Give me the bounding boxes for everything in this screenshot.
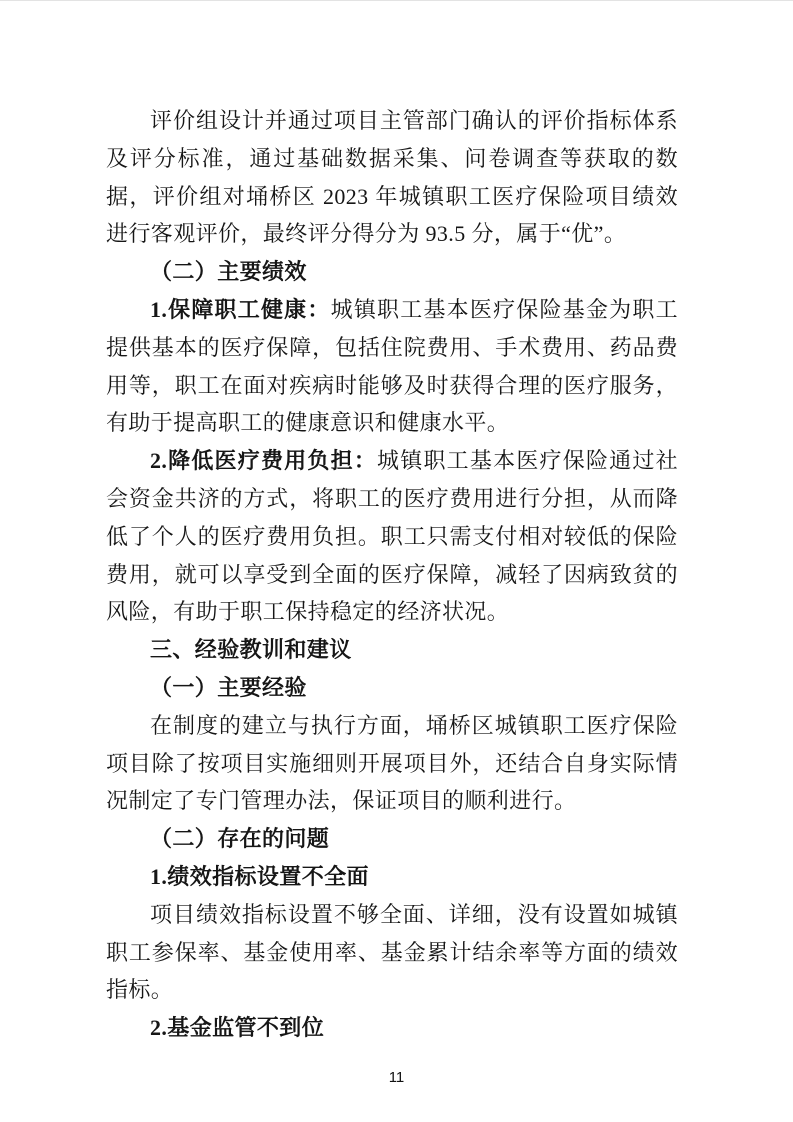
heading-problem-1: 1.绩效指标设置不全面 bbox=[106, 858, 678, 896]
paragraph-benefit-2: 2.降低医疗费用负担：城镇职工基本医疗保险通过社会资金共济的方式，将职工的医疗费… bbox=[106, 442, 678, 631]
heading-chapter-lessons: 三、经验教训和建议 bbox=[106, 631, 678, 669]
paragraph-evaluation-summary: 评价组设计并通过项目主管部门确认的评价指标体系及评分标准，通过基础数据采集、问卷… bbox=[106, 102, 678, 253]
heading-main-performance: （二）主要绩效 bbox=[106, 253, 678, 291]
document-page: 评价组设计并通过项目主管部门确认的评价指标体系及评分标准，通过基础数据采集、问卷… bbox=[0, 0, 793, 1122]
heading-problem-2: 2.基金监管不到位 bbox=[106, 1009, 678, 1047]
page-number: 11 bbox=[0, 1067, 793, 1089]
benefit-1-lead: 1.保障职工健康： bbox=[150, 297, 331, 322]
benefit-2-text: 城镇职工基本医疗保险通过社会资金共济的方式，将职工的医疗费用进行分担，从而降低了… bbox=[106, 448, 678, 624]
heading-main-experience: （一）主要经验 bbox=[106, 669, 678, 707]
heading-existing-problems: （二）存在的问题 bbox=[106, 820, 678, 858]
benefit-2-lead: 2.降低医疗费用负担： bbox=[150, 448, 377, 473]
document-content: 评价组设计并通过项目主管部门确认的评价指标体系及评分标准，通过基础数据采集、问卷… bbox=[106, 102, 678, 1047]
paragraph-problem-1: 项目绩效指标设置不够全面、详细，没有设置如城镇职工参保率、基金使用率、基金累计结… bbox=[106, 896, 678, 1009]
paragraph-experience: 在制度的建立与执行方面，埇桥区城镇职工医疗保险项目除了按项目实施细则开展项目外，… bbox=[106, 707, 678, 820]
paragraph-benefit-1: 1.保障职工健康：城镇职工基本医疗保险基金为职工提供基本的医疗保障，包括住院费用… bbox=[106, 291, 678, 442]
